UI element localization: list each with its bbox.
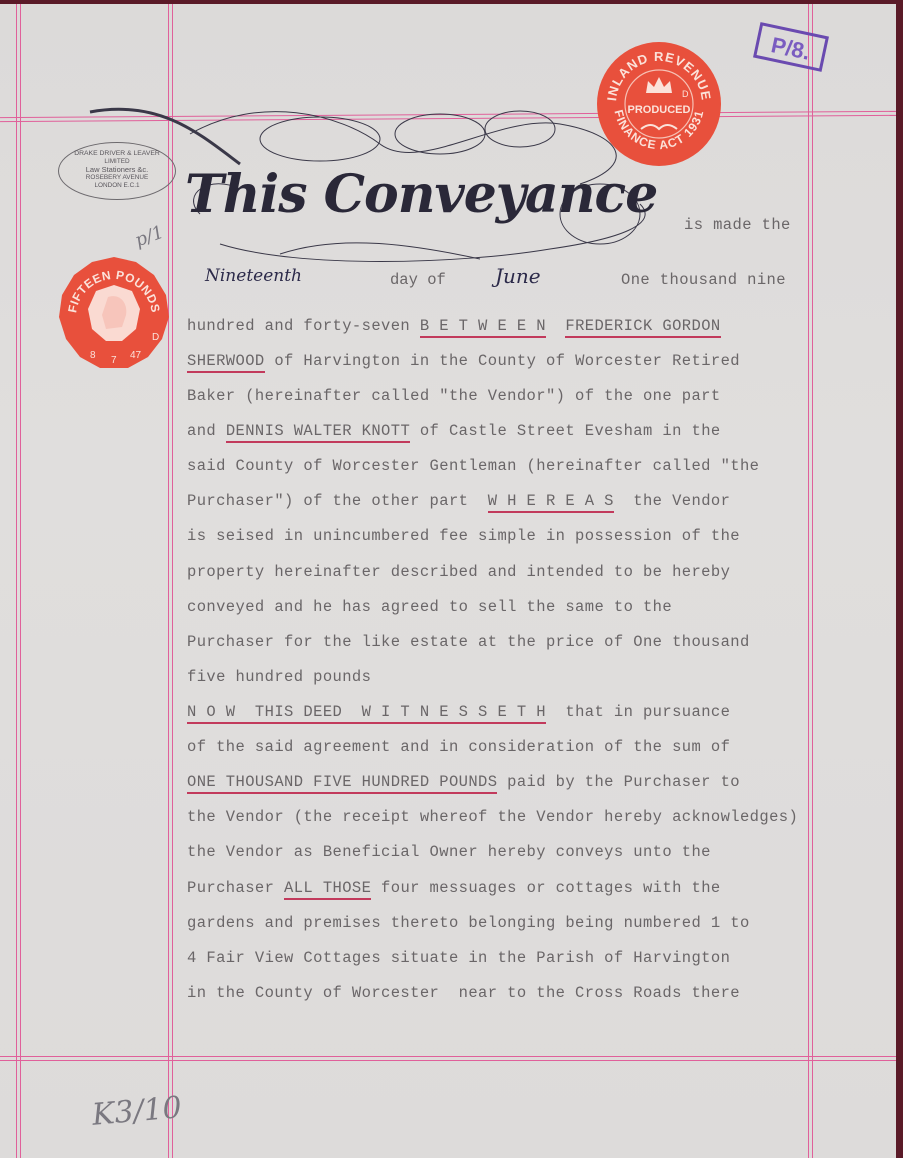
deed-line: property hereinafter described and inten…	[187, 562, 730, 582]
deed-line: hundred and forty-seven B E T W E E N FR…	[187, 316, 721, 336]
deed-line: Purchaser for the like estate at the pri…	[187, 632, 750, 652]
deed-text: Purchaser	[187, 879, 284, 897]
deed-line: said County of Worcester Gentleman (here…	[187, 456, 759, 476]
deed-text: said County of Worcester Gentleman (here…	[187, 457, 759, 475]
deed-line: and DENNIS WALTER KNOTT of Castle Street…	[187, 421, 721, 441]
underlined-term: DENNIS WALTER KNOTT	[226, 422, 410, 443]
deed-line: the Vendor as Beneficial Owner hereby co…	[187, 842, 711, 862]
deed-text: Purchaser for the like estate at the pri…	[187, 633, 750, 651]
underlined-term: ALL THOSE	[284, 879, 371, 900]
deed-line: N O W THIS DEED W I T N E S S E T H that…	[187, 702, 730, 722]
handwritten-day: Nineteenth	[205, 266, 302, 286]
document-title: This Conveyance	[185, 164, 657, 225]
deed-line: ONE THOUSAND FIVE HUNDRED POUNDS paid by…	[187, 772, 740, 792]
title-continuation: is made the	[684, 216, 791, 234]
deed-text: and	[187, 422, 226, 440]
deed-line: of the said agreement and in considerati…	[187, 737, 730, 757]
deed-page: DRAKE DRIVER & LEAVER LIMITED Law Statio…	[0, 4, 896, 1158]
deed-text: of Castle Street Evesham in the	[410, 422, 720, 440]
deed-line: is seised in unincumbered fee simple in …	[187, 526, 740, 546]
deed-line: gardens and premises thereto belonging b…	[187, 913, 750, 933]
deed-text: hundred and forty-seven	[187, 317, 420, 335]
underlined-term: W H E R E A S	[488, 492, 614, 513]
left-outer-rule	[16, 4, 21, 1158]
underlined-term: N O W THIS DEED W I T N E S S E T H	[187, 703, 546, 724]
deed-text: Purchaser") of the other part	[187, 492, 488, 510]
deed-text: property hereinafter described and inten…	[187, 563, 730, 581]
deed-text: 4 Fair View Cottages situate in the Pari…	[187, 949, 730, 967]
deed-line: five hundred pounds	[187, 667, 371, 687]
deed-text: the Vendor	[614, 492, 730, 510]
right-margin-rule	[808, 4, 813, 1158]
deed-text: Baker (hereinafter called "the Vendor") …	[187, 387, 721, 405]
underlined-term: B E T W E E N	[420, 317, 546, 338]
day-of-label: day of	[390, 271, 446, 289]
deed-text: the Vendor as Beneficial Owner hereby co…	[187, 843, 711, 861]
inland-revenue-stamp-icon: INLAND REVENUE FINANCE ACT 1931 PRODUCED…	[596, 41, 722, 167]
duty-date-year: 47	[130, 350, 142, 361]
duty-date-month: 7	[111, 355, 117, 366]
duty-date-day: 8	[90, 350, 96, 361]
deed-text: is seised in unincumbered fee simple in …	[187, 527, 740, 545]
deed-line: the Vendor (the receipt whereof the Vend…	[187, 807, 798, 827]
deed-line: conveyed and he has agreed to sell the s…	[187, 597, 672, 617]
deed-line: 4 Fair View Cottages situate in the Pari…	[187, 948, 730, 968]
deed-text	[546, 317, 565, 335]
bottom-rule	[0, 1056, 896, 1061]
stamp-center-text: PRODUCED	[628, 104, 691, 116]
underlined-term: FREDERICK GORDON	[565, 317, 720, 338]
underlined-term: SHERWOOD	[187, 352, 265, 373]
duty-stamp-icon: FIFTEEN POUNDS D 8 7 47	[56, 255, 172, 373]
duty-mark: D	[152, 332, 159, 343]
deed-text: paid by the Purchaser to	[497, 773, 740, 791]
deed-line: in the County of Worcester near to the C…	[187, 983, 740, 1003]
deed-text: four messuages or cottages with the	[371, 879, 720, 897]
deed-text: the Vendor (the receipt whereof the Vend…	[187, 808, 798, 826]
underlined-term: ONE THOUSAND FIVE HUNDRED POUNDS	[187, 773, 497, 794]
deed-line: Purchaser ALL THOSE four messuages or co…	[187, 878, 721, 898]
handwritten-month: June	[495, 264, 541, 288]
deed-text: conveyed and he has agreed to sell the s…	[187, 598, 672, 616]
deed-text: gardens and premises thereto belonging b…	[187, 914, 750, 932]
deed-text: five hundred pounds	[187, 668, 371, 686]
stamp-mark: D	[682, 89, 689, 99]
deed-line: Purchaser") of the other part W H E R E …	[187, 491, 730, 511]
deed-text: that in pursuance	[546, 703, 730, 721]
deed-text: in the County of Worcester near to the C…	[187, 984, 740, 1002]
deed-text: of Harvington in the County of Worcester…	[265, 352, 740, 370]
deed-line: Baker (hereinafter called "the Vendor") …	[187, 386, 721, 406]
deed-line: SHERWOOD of Harvington in the County of …	[187, 351, 740, 371]
reference-stamp: P/8.	[753, 22, 829, 72]
deed-text: of the said agreement and in considerati…	[187, 738, 730, 756]
year-start: One thousand nine	[621, 271, 786, 289]
